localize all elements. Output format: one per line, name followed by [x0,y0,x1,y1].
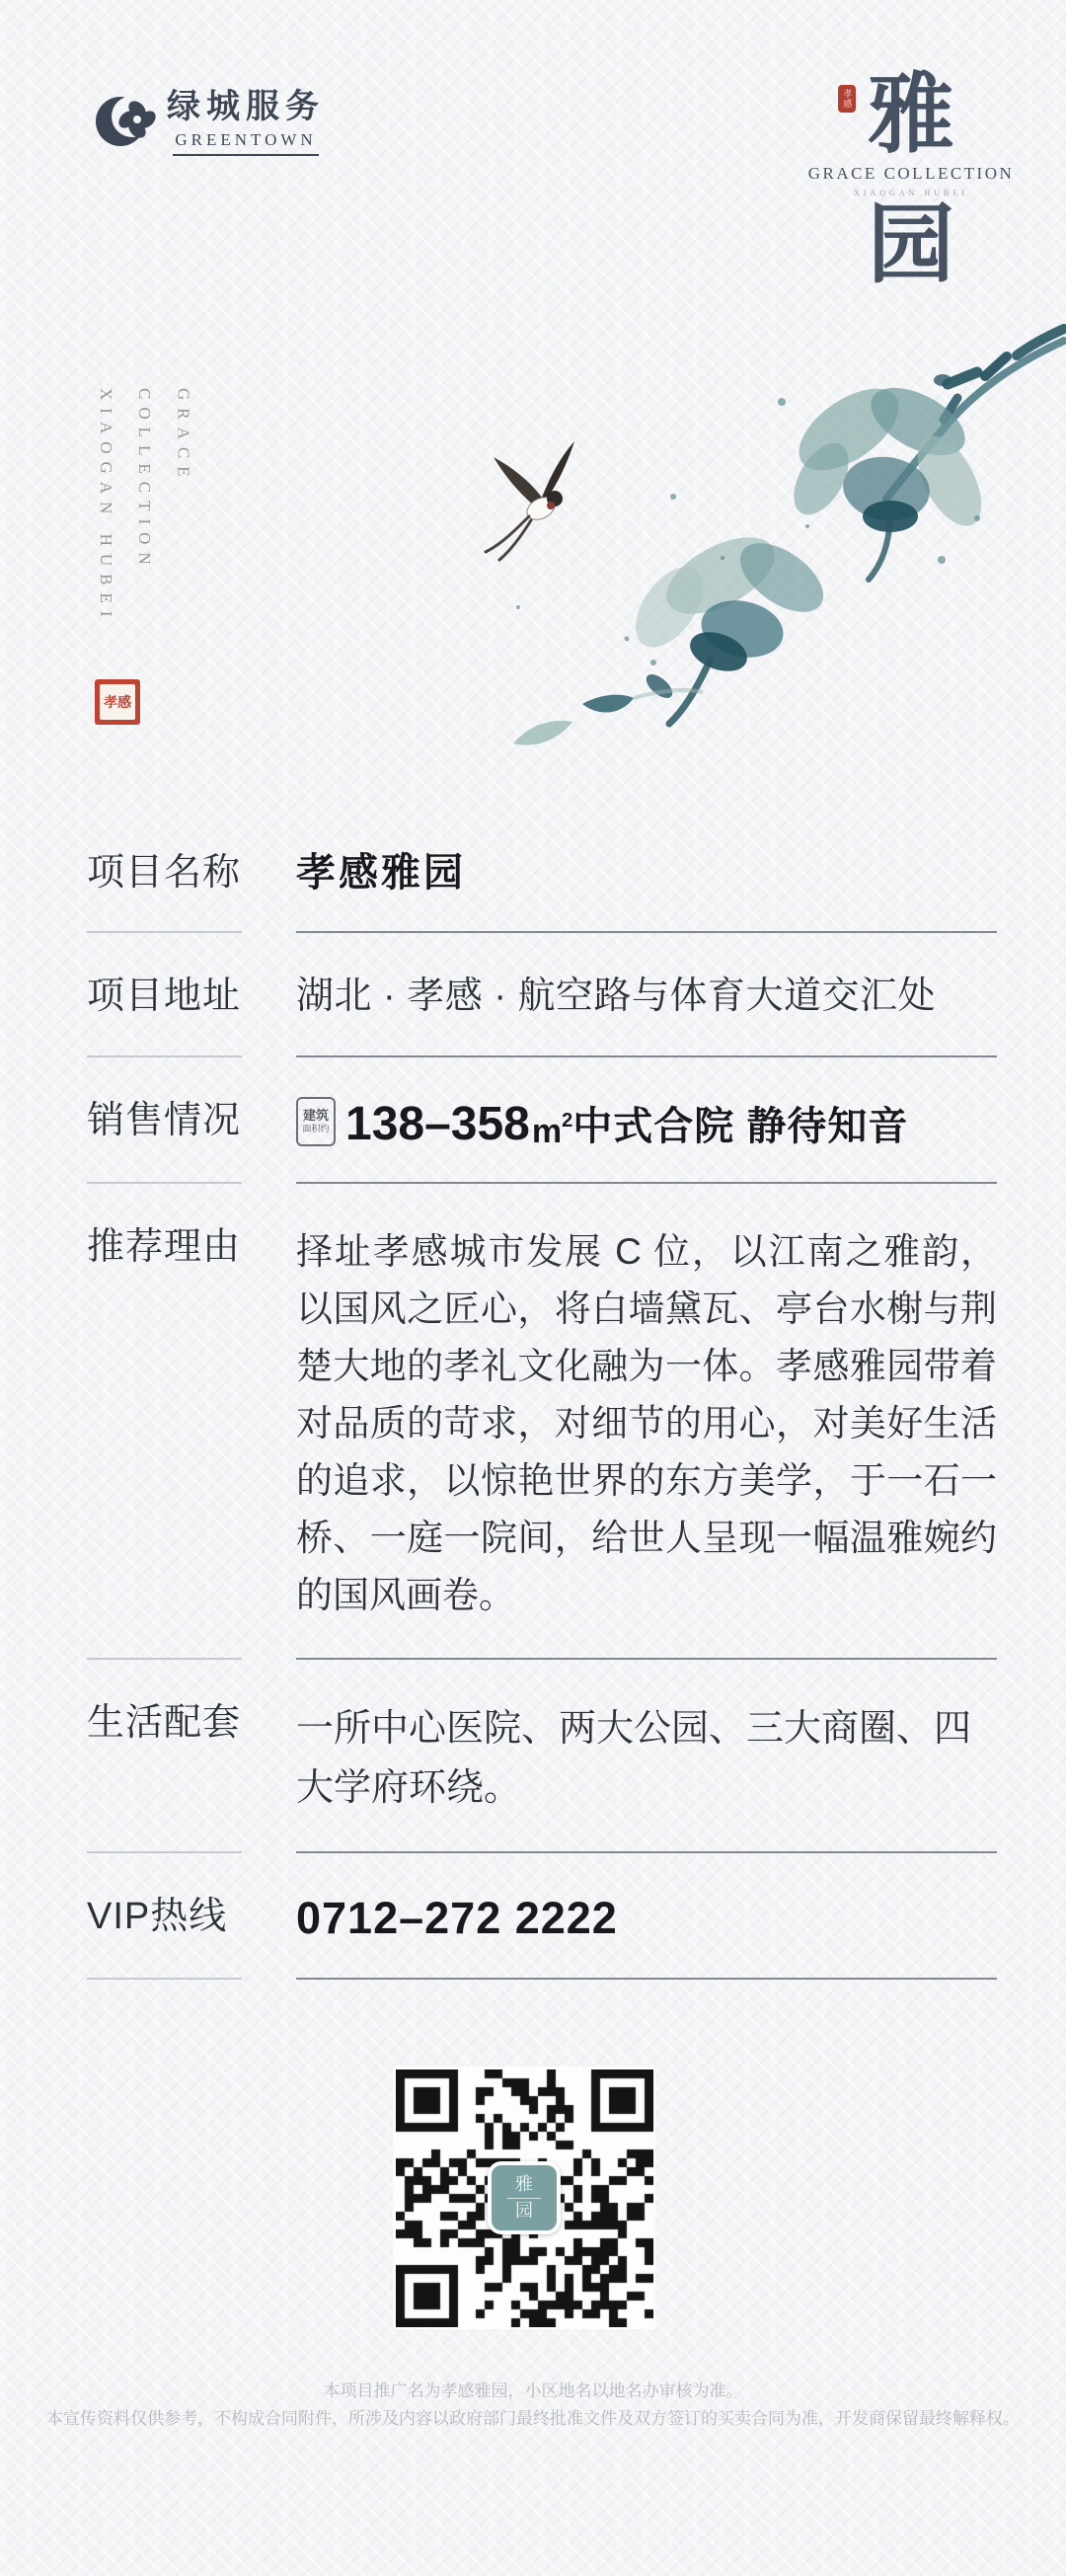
address-value: 湖北 · 孝感 · 航空路与体育大道交汇处 [296,973,997,1021]
qr-center-logo: 雅 园 [488,2161,561,2234]
qr-code-block: 雅 园 [393,2067,655,2329]
area-unit-sup: 2 [562,1111,572,1131]
grace-collection-logo: 孝感 雅 GRACE COLLECTION XIAOGAN HUBEI 园 [807,73,1015,285]
qr-logo-char-bottom: 园 [515,2203,533,2221]
grace-mini-seal: 孝感 [838,85,856,113]
area-range: 138–358 [345,1101,530,1148]
project-name-value: 孝感雅园 [296,849,997,897]
info-row-facilities: 生活配套 一所中心医院、两大公园、三大商圈、四大学府环绕。 [87,1660,997,1851]
sales-slogan: 中式合院 静待知音 [572,1105,908,1148]
floor-area-badge: 建筑 面积约 [296,1097,336,1146]
facilities-label: 生活配套 [87,1699,296,1748]
greentown-name-en: GREENTOWN [173,127,318,156]
divider [87,931,997,933]
red-seal-text: 孝感 [100,684,135,720]
side-line-collection: COLLECTION [125,388,164,674]
grace-char-yuan: 园 [807,203,1015,286]
divider [87,1182,997,1184]
address-label: 项目地址 [87,973,296,1021]
project-name-label: 项目名称 [87,849,296,898]
info-row-project-name: 项目名称 孝感雅园 [87,841,997,931]
qr-logo-char-top: 雅 [515,2176,533,2194]
recommendation-label: 推荐理由 [87,1223,296,1272]
divider [87,1851,997,1853]
greentown-crescent-clover-icon [94,89,157,152]
recommendation-text: 择址孝感城市发展 C 位，以江南之雅韵，以国风之匠心，将白墙黛瓦、亭台水榭与荆楚… [296,1223,997,1624]
magnolia-painting [424,311,1066,775]
grace-title-en: GRACE COLLECTION [807,164,1015,184]
vip-hotline-label: VIP热线 [87,1893,296,1941]
sales-label: 销售情况 [87,1097,296,1145]
disclaimer-line-1: 本项目推广名为孝感雅园，小区地名以地名办审核为准。 [0,2378,1066,2405]
divider [87,1055,997,1057]
divider [87,1978,997,1980]
facilities-text: 一所中心医院、两大公园、三大商圈、四大学府环绕。 [296,1699,997,1818]
info-row-sales: 销售情况 建筑 面积约 138–358 m 2 中式合院 静待知音 [87,1057,997,1182]
sales-value: 建筑 面积约 138–358 m 2 中式合院 静待知音 [296,1097,997,1148]
greentown-name-cn: 绿城服务 [167,89,325,125]
swallow-bird-illustration [486,441,574,560]
grace-char-ya: 雅 [868,62,954,165]
vip-hotline-number: 0712–272 2222 [296,1893,997,1944]
side-vertical-text: GRACE COLLECTION XIAOGAN HUBEI [87,388,202,674]
area-unit: m [532,1115,562,1148]
divider [87,1658,997,1660]
side-line-xiaogan-hubei: XIAOGAN HUBEI [87,388,125,674]
info-row-recommendation: 推荐理由 择址孝感城市发展 C 位，以江南之雅韵，以国风之匠心，将白墙黛瓦、亭台… [87,1184,997,1658]
poster: 绿城服务 GREENTOWN 孝感 雅 GRACE COLLECTION XIA… [0,0,1066,2576]
qr-logo-divider [507,2198,541,2199]
footer-disclaimer: 本项目推广名为孝感雅园，小区地名以地名办审核为准。 本宣传资料仅供参考，不构成合… [0,2378,1066,2433]
info-row-vip-hotline: VIP热线 0712–272 2222 [87,1853,997,1978]
info-row-address: 项目地址 湖北 · 孝感 · 航空路与体育大道交汇处 [87,933,997,1054]
greentown-logo: 绿城服务 GREENTOWN [94,89,325,156]
project-info-list: 项目名称 孝感雅园 项目地址 湖北 · 孝感 · 航空路与体育大道交汇处 销售情… [87,841,997,1980]
side-line-grace: GRACE [164,388,202,674]
red-seal-stamp: 孝感 [95,679,140,725]
disclaimer-line-2: 本宣传资料仅供参考，不构成合同附件，所涉及内容以政府部门最终批准文件及双方签订的… [0,2405,1066,2433]
